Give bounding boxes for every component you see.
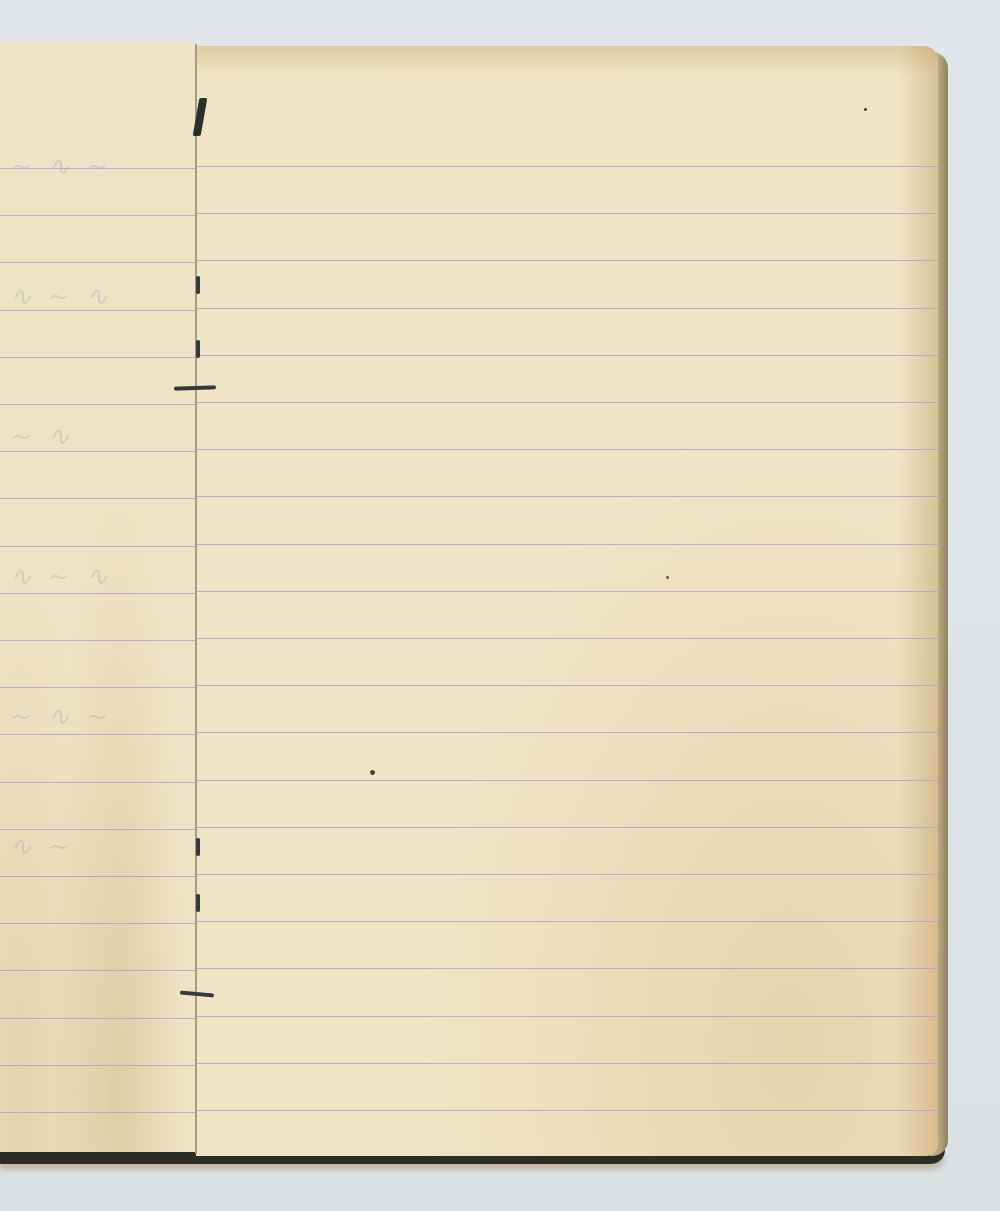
ruled-line: [0, 923, 196, 924]
ruled-line: [196, 685, 938, 686]
right-page: [196, 46, 938, 1156]
ruled-line: [196, 921, 938, 922]
ruled-line: [196, 213, 938, 214]
ruled-line: [196, 780, 938, 781]
ruled-line: [196, 260, 938, 261]
ruled-line: [0, 970, 196, 971]
ink-spot: [370, 770, 375, 775]
center-gutter: [195, 44, 197, 1154]
ruled-line: [196, 355, 938, 356]
ruled-line: [196, 1016, 938, 1017]
staple: [196, 340, 200, 358]
ruled-line: [196, 449, 938, 450]
ruled-line: [0, 1018, 196, 1019]
ruled-line: [0, 404, 196, 405]
ruled-line: [196, 544, 938, 545]
ruled-line: [196, 638, 938, 639]
ink-spot: [666, 576, 669, 579]
ruled-line: [196, 1110, 938, 1111]
ruled-line: [0, 451, 196, 452]
ruled-line: [0, 168, 196, 169]
ruled-line: [0, 593, 196, 594]
ruled-line: [0, 734, 196, 735]
ruled-line: [196, 968, 938, 969]
ruled-line: [0, 310, 196, 311]
staple: [196, 894, 200, 912]
ruled-line: [196, 732, 938, 733]
ruled-line: [196, 166, 938, 167]
ruled-line: [196, 496, 938, 497]
ruled-line: [196, 402, 938, 403]
ruled-line: [196, 591, 938, 592]
ruled-line: [196, 1063, 938, 1064]
ruled-line: [196, 874, 938, 875]
ruled-line: [0, 357, 196, 358]
ruled-line: [0, 640, 196, 641]
left-page: ~ ∿ ~ ∿ ~ ∿ ~ ∿ ∿ ~ ∿ ~ ∿ ~ ∿ ~: [0, 42, 196, 1152]
ink-spot: [864, 108, 867, 111]
ruled-line: [0, 1065, 196, 1066]
ruled-line: [0, 687, 196, 688]
ruled-line: [0, 262, 196, 263]
ruled-line: [196, 308, 938, 309]
ruled-line: [196, 827, 938, 828]
ruled-line: [0, 546, 196, 547]
staple: [196, 276, 200, 294]
ruled-line: [0, 498, 196, 499]
ruled-line: [0, 876, 196, 877]
staple: [196, 838, 200, 856]
ruled-line: [0, 782, 196, 783]
show-through-writing: ~ ∿ ~ ∿ ~ ∿ ~ ∿ ∿ ~ ∿ ~ ∿ ~ ∿ ~: [0, 42, 196, 1152]
ruled-line: [0, 1112, 196, 1113]
ruled-line: [0, 829, 196, 830]
ruled-line: [0, 215, 196, 216]
